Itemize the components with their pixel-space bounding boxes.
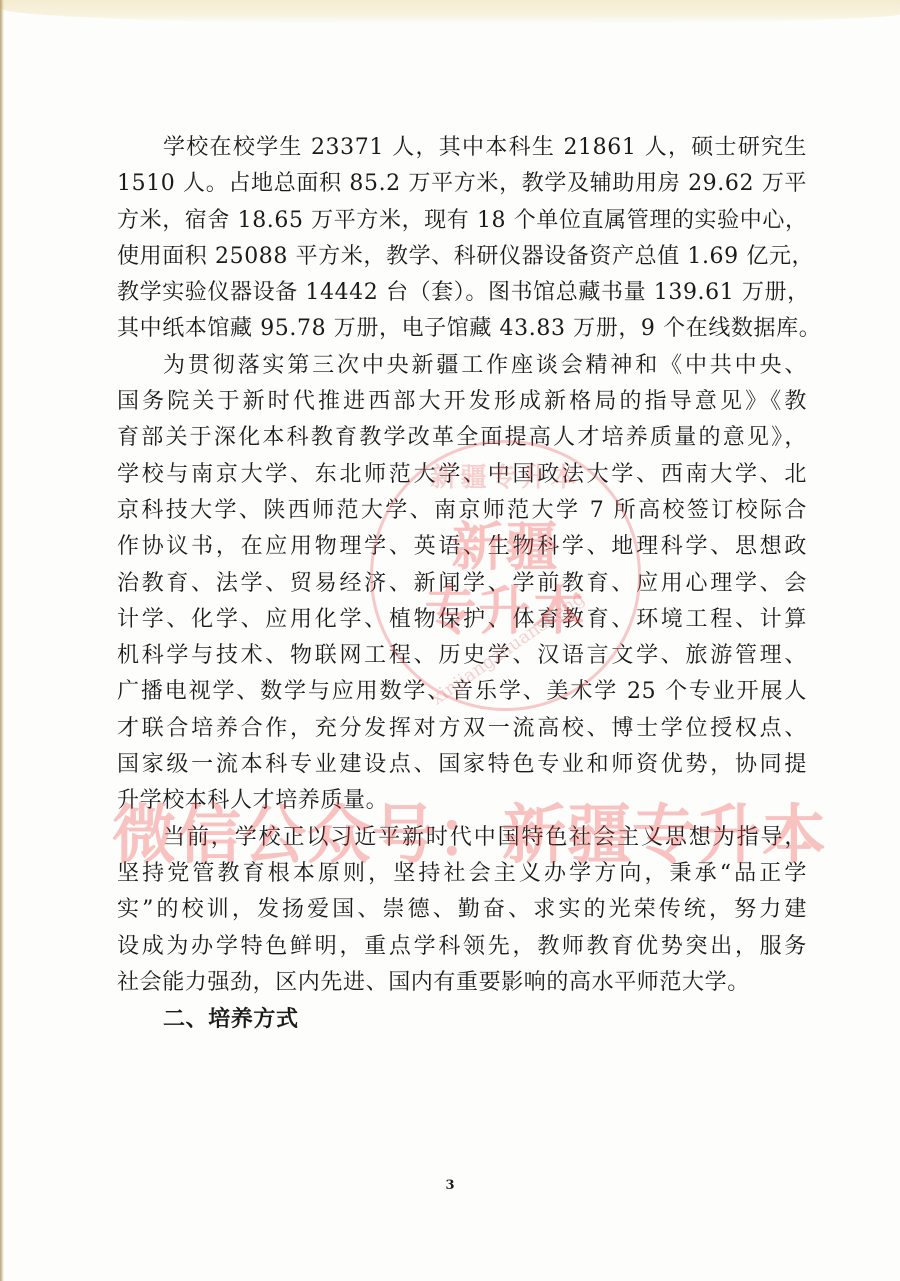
paragraph-2-line: 作协议书，在应用物理学、英语、生物科学、地理科学、思想政 [117,529,807,565]
section-heading: 二、培养方式 [117,1001,807,1037]
page-number: 3 [0,1178,900,1193]
paragraph-2-line: 国家级一流本科专业建设点、国家特色专业和师资优势，协同提 [117,747,807,783]
paragraph-1-line: 1510 人。占地总面积 85.2 万平方米，教学及辅助用房 29.62 万平 [117,166,807,202]
paragraph-2-line: 治教育、法学、贸易经济、新闻学、学前教育、应用心理学、会 [117,566,807,602]
paragraph-1-line: 使用面积 25088 平方米，教学、科研仪器设备资产总值 1.69 亿元， [117,239,807,275]
paragraph-2-line: 才联合培养合作，充分发挥对方双一流高校、博士学位授权点、 [117,711,807,747]
paragraph-3-line: 社会能力强劲，区内先进、国内有重要影响的高水平师范大学。 [117,965,807,1001]
paragraph-2-line: 机科学与技术、物联网工程、历史学、汉语言文学、旅游管理、 [117,638,807,674]
paragraph-1-line: 方米，宿舍 18.65 万平方米，现有 18 个单位直属管理的实验中心， [117,203,807,239]
page-curl-shadow [0,0,900,24]
paragraph-2-line: 育部关于深化本科教育教学改革全面提高人才培养质量的意见》， [117,420,807,456]
paragraph-2-line: 计学、化学、应用化学、植物保护、体育教育、环境工程、计算 [117,602,807,638]
paragraph-1-line: 教学实验仪器设备 14442 台（套）。图书馆总藏书量 139.61 万册， [117,275,807,311]
paragraph-3-line: 设成为办学特色鲜明，重点学科领先，教师教育优势突出，服务 [117,929,807,965]
document-body: 学校在校学生 23371 人，其中本科生 21861 人，硕士研究生 1510 … [117,130,807,1037]
paragraph-2-line: 国务院关于新时代推进西部大开发形成新格局的指导意见》《教 [117,384,807,420]
page-edge [0,0,4,1281]
paragraph-3-line: 坚持党管教育根本原则，坚持社会主义办学方向，秉承“品正学 [117,856,807,892]
paragraph-2-line: 为贯彻落实第三次中央新疆工作座谈会精神和《中共中央、 [117,348,807,384]
paragraph-3-line: 当前，学校正以习近平新时代中国特色社会主义思想为指导， [117,820,807,856]
paragraph-2-line: 京科技大学、陕西师范大学、南京师范大学 7 所高校签订校际合 [117,493,807,529]
paragraph-2-line: 广播电视学、数学与应用数学、音乐学、美术学 25 个专业开展人 [117,674,807,710]
paragraph-1-line: 其中纸本馆藏 95.78 万册，电子馆藏 43.83 万册，9 个在线数据库。 [117,311,807,347]
paragraph-2-line: 升学校本科人才培养质量。 [117,783,807,819]
paragraph-1-line: 学校在校学生 23371 人，其中本科生 21861 人，硕士研究生 [117,130,807,166]
paragraph-2-line: 学校与南京大学、东北师范大学、中国政法大学、西南大学、北 [117,457,807,493]
paragraph-3-line: 实”的校训，发扬爱国、崇德、勤奋、求实的光荣传统，努力建 [117,892,807,928]
